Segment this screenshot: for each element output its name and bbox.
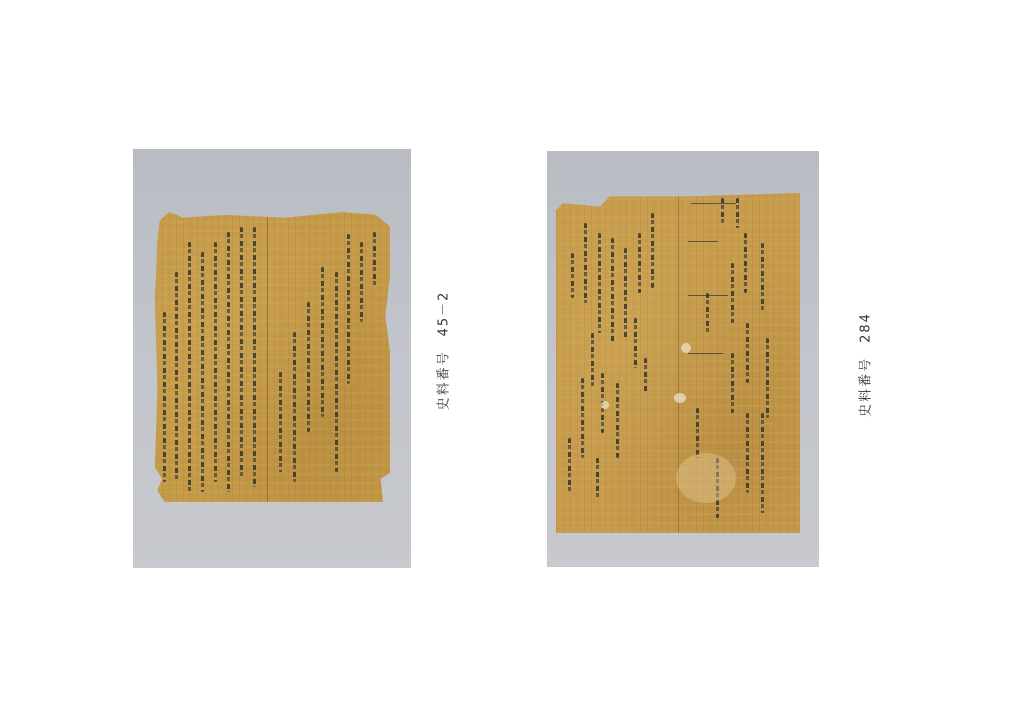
script-column	[201, 252, 204, 492]
ruled-line	[688, 353, 723, 354]
script-column	[598, 233, 601, 333]
script-column	[568, 438, 571, 493]
ruled-line	[688, 241, 718, 242]
script-column	[571, 253, 574, 298]
script-column	[634, 318, 637, 368]
script-column	[746, 413, 749, 493]
script-column	[746, 323, 749, 383]
script-column	[611, 238, 614, 343]
script-column	[163, 312, 166, 482]
script-column	[293, 332, 296, 482]
label-title: 史料番号	[437, 350, 452, 410]
script-column	[581, 378, 584, 458]
paper-wear-spot	[681, 343, 691, 353]
document-photo-left	[133, 149, 411, 568]
ruled-line	[691, 203, 736, 204]
script-column	[721, 198, 724, 223]
document-id-label-left: 史料番号45－2	[433, 264, 452, 424]
label-number: 284	[859, 312, 874, 343]
script-column	[596, 458, 599, 498]
script-column	[307, 302, 310, 432]
document-photo-right	[547, 151, 819, 567]
label-title: 史料番号	[859, 357, 874, 417]
script-column	[214, 242, 217, 482]
script-column	[736, 198, 739, 228]
script-column	[591, 333, 594, 388]
script-column	[624, 248, 627, 338]
script-column	[696, 408, 699, 458]
manuscript-paper-left	[155, 212, 390, 502]
paper-wear-spot	[674, 393, 686, 403]
fold-line	[267, 212, 268, 502]
script-column	[638, 233, 641, 293]
script-column	[347, 234, 350, 384]
script-column	[279, 372, 282, 472]
script-column	[227, 232, 230, 492]
ruled-line	[688, 295, 728, 296]
manuscript-paper-right	[556, 193, 800, 533]
script-column	[766, 338, 769, 418]
paper-wear-spot	[676, 453, 736, 503]
script-column	[616, 383, 619, 458]
script-column	[321, 267, 324, 417]
script-column	[706, 293, 709, 333]
script-column	[744, 233, 747, 293]
script-column	[761, 243, 764, 313]
script-column	[761, 413, 764, 513]
script-column	[335, 272, 338, 472]
script-column	[731, 353, 734, 413]
script-column	[584, 223, 587, 303]
script-column	[188, 242, 191, 492]
script-column	[651, 213, 654, 288]
paper-wear-spot	[601, 401, 609, 409]
label-number: 45－2	[437, 291, 452, 337]
script-column	[360, 242, 363, 322]
script-column	[253, 227, 256, 487]
script-column	[373, 232, 376, 287]
document-id-label-right: 史料番号284	[855, 278, 874, 438]
script-column	[175, 272, 178, 482]
script-column	[644, 358, 647, 393]
script-column	[240, 227, 243, 477]
script-column	[731, 263, 734, 323]
